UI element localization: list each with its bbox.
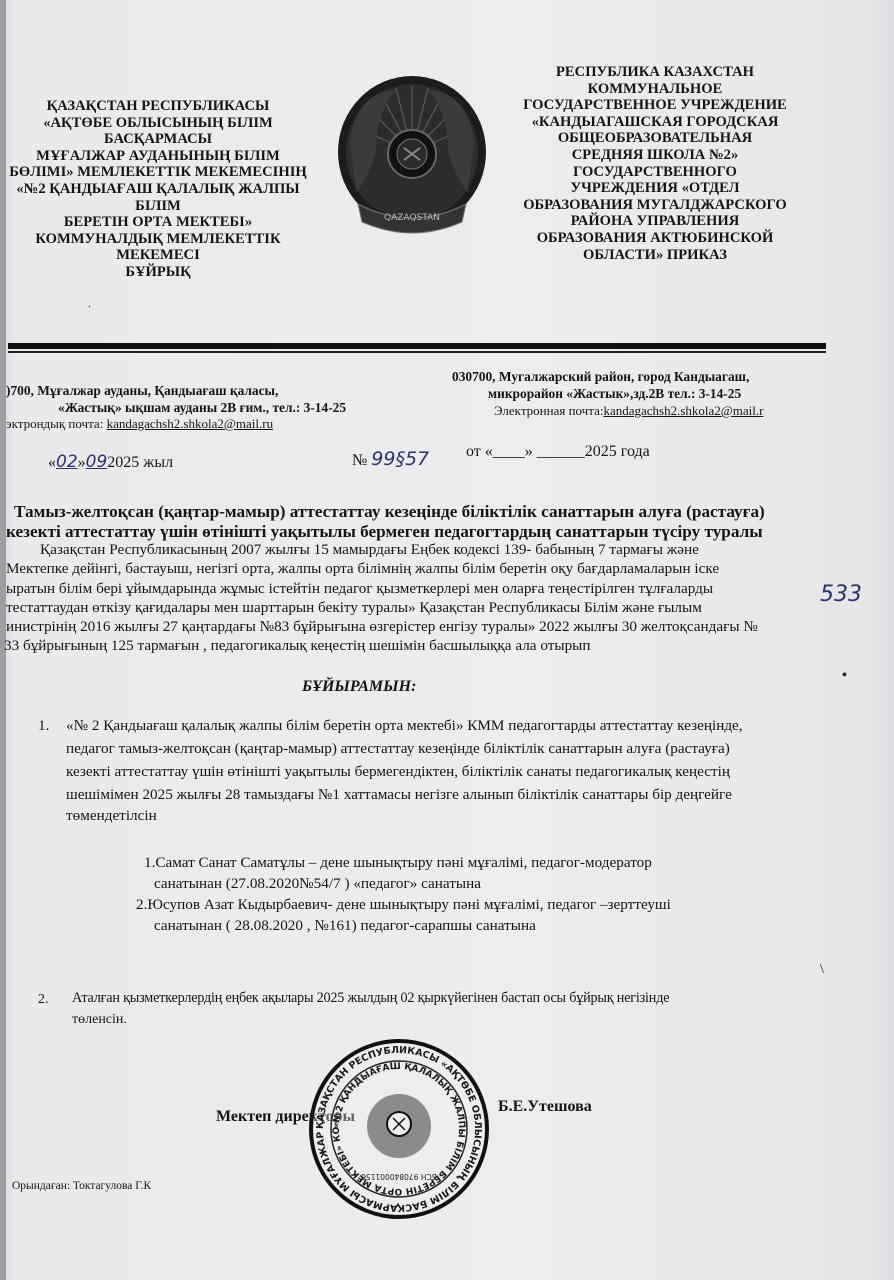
header-right-line: КОММУНАЛЬНОЕ bbox=[505, 81, 805, 98]
stray-pen-mark: \ bbox=[820, 962, 824, 978]
email-link-right[interactable]: kandagachsh2.shkola2@mail.r bbox=[603, 403, 763, 418]
header-right-russian: РЕСПУБЛИКА КАЗАХСТАНКОММУНАЛЬНОЕГОСУДАРС… bbox=[505, 64, 805, 263]
order-title-line1: Тамыз-желтоқсан (қаңтар-мамыр) аттестатт… bbox=[14, 502, 765, 522]
header-left-line: МЕКЕМЕСІ bbox=[8, 247, 308, 264]
address-left-line1: )700, Мұғалжар ауданы, Қандыағаш қаласы, bbox=[6, 383, 278, 399]
header-left-line: МҰҒАЛЖАР АУДАНЫНЫҢ БІЛІМ bbox=[8, 148, 308, 165]
preamble-line: Мектепке дейінгі, бастауыш, негізгі орта… bbox=[6, 559, 719, 579]
item-line: кезекті аттестаттау үшін өтінішті уақыты… bbox=[66, 762, 730, 782]
preamble-line: ыратын білім бері ұйымдарында жұмыс істе… bbox=[6, 579, 713, 599]
item-line: педагог тамыз-желтоқсан (қаңтар-мамыр) а… bbox=[66, 739, 730, 759]
header-left-line: «№2 ҚАНДЫАҒАШ ҚАЛАЛЫҚ ЖАЛПЫ bbox=[8, 181, 308, 198]
item-number: 2. bbox=[38, 990, 49, 1010]
address-left-line2: «Жастық» ықшам ауданы 2В ғим., тел.: 3-1… bbox=[58, 400, 346, 416]
header-left-line: БҰЙРЫҚ bbox=[8, 264, 308, 281]
header-right-line: РЕСПУБЛИКА КАЗАХСТАН bbox=[505, 64, 805, 81]
handwritten-order-number: 99§57 bbox=[371, 448, 429, 470]
address-left-email-row: эктрондық почта: kandagachsh2.shkola2@ma… bbox=[6, 416, 273, 432]
header-divider-thick bbox=[8, 343, 826, 349]
page-edge-right bbox=[864, 0, 894, 1280]
preamble-line: тестаттаудан өткізу қағидалары мен шартт… bbox=[6, 598, 702, 618]
email-label: Электронная почта: bbox=[494, 403, 603, 418]
email-label: эктрондық почта: bbox=[6, 416, 107, 431]
header-right-line: ОБЩЕОБРАЗОВАТЕЛЬНАЯ bbox=[505, 130, 805, 147]
preamble-line: Қазақстан Республикасының 2007 жылғы 15 … bbox=[40, 540, 699, 560]
header-right-line: СРЕДНЯЯ ШКОЛА №2» bbox=[505, 147, 805, 164]
order-word: БҰЙЫРАМЫН: bbox=[302, 678, 416, 696]
header-left-kazakh: ҚАЗАҚСТАН РЕСПУБЛИКАСЫ«АҚТӨБЕ ОБЛЫСЫНЫҢ … bbox=[8, 98, 308, 281]
header-right-line: ОБРАЗОВАНИЯ АКТЮБИНСКОЙ bbox=[505, 230, 805, 247]
stray-dot: • bbox=[842, 668, 847, 684]
state-emblem-icon: QAZAQSTAN bbox=[336, 72, 488, 238]
svg-text:QAZAQSTAN: QAZAQSTAN bbox=[384, 213, 440, 223]
order-date: «02»092025 жыл bbox=[48, 452, 173, 472]
header-right-line: ОБЛАСТИ» ПРИКАЗ bbox=[505, 247, 805, 264]
header-right-line: «КАНДЫАГАШСКАЯ ГОРОДСКАЯ bbox=[505, 114, 805, 131]
header-left-line: КОММУНАЛДЫҚ МЕМЛЕКЕТТІК bbox=[8, 231, 308, 248]
header-right-line: РАЙОНА УПРАВЛЕНИЯ bbox=[505, 213, 805, 230]
address-right-line1: 030700, Мугалжарский район, город Кандыа… bbox=[452, 369, 749, 385]
header-right-line: УЧРЕЖДЕНИЯ «ОТДЕЛ bbox=[505, 180, 805, 197]
svg-text:БСН 970840001156: БСН 970840001156 bbox=[361, 1172, 437, 1181]
address-right-line2: микрорайон «Жастык»,зд.2В тел.: 3-14-25 bbox=[488, 386, 741, 402]
header-left-line: БӨЛІМІ» МЕМЛЕКЕТТІК МЕКЕМЕСІНІҢ bbox=[8, 164, 308, 181]
subitem-line: санатынан ( 28.08.2020 , №161) педагог-с… bbox=[154, 916, 536, 936]
handwritten-month: 09 bbox=[86, 452, 108, 472]
header-right-line: ГОСУДАРСТВЕННОЕ УЧРЕЖДЕНИЕ bbox=[505, 97, 805, 114]
address-right-email-row: Электронная почта:kandagachsh2.shkola2@m… bbox=[494, 403, 763, 419]
stray-mark: . bbox=[88, 296, 91, 311]
email-link-left[interactable]: kandagachsh2.shkola2@mail.ru bbox=[107, 416, 274, 431]
header-left-line: «АҚТӨБЕ ОБЛЫСЫНЫҢ БІЛІМ bbox=[8, 115, 308, 132]
order-title-line2: кезекті аттестаттау үшін өтінішті уақыты… bbox=[6, 522, 763, 542]
subitem-line: санатынан (27.08.2020№54/7 ) «педагог» с… bbox=[154, 874, 481, 894]
item-line: Аталған қызметкерлердің еңбек ақылары 20… bbox=[72, 988, 669, 1008]
official-seal-icon: ҚАЗАҚСТАН РЕСПУБЛИКАСЫ «АҚТӨБЕ ОБЛЫСЫНЫҢ… bbox=[308, 1038, 490, 1220]
order-date-russian: от «____» ______2025 года bbox=[466, 443, 650, 461]
header-left-line: ҚАЗАҚСТАН РЕСПУБЛИКАСЫ bbox=[8, 98, 308, 115]
executor-note: Орындаған: Токтагулова Г.К bbox=[12, 1180, 151, 1192]
item-line: төленсін. bbox=[72, 1010, 127, 1030]
preamble-line: инистрінің 2016 жылғы 27 қаңтардағы №83 … bbox=[6, 617, 758, 637]
item-line: «№ 2 Қандыағаш қалалық жалпы білім берет… bbox=[66, 716, 743, 736]
item-line: төмендетілсін bbox=[66, 806, 157, 826]
signature-name: Б.Е.Утешова bbox=[498, 1098, 592, 1116]
item-number: 1. bbox=[38, 716, 49, 736]
header-left-line: БІЛІМ bbox=[8, 198, 308, 215]
document-page: ҚАЗАҚСТАН РЕСПУБЛИКАСЫ«АҚТӨБЕ ОБЛЫСЫНЫҢ … bbox=[0, 0, 894, 1280]
header-right-line: ГОСУДАРСТВЕННОГО bbox=[505, 164, 805, 181]
header-right-line: ОБРАЗОВАНИЯ МУГАЛДЖАРСКОГО bbox=[505, 197, 805, 214]
subitem-line: 1.Самат Санат Саматұлы – дене шынықтыру … bbox=[144, 853, 652, 873]
handwritten-day: 02 bbox=[56, 452, 78, 472]
handwritten-order-ref: 533 bbox=[820, 582, 862, 607]
preamble-line: 33 бұйрығының 125 тармағын , педагогикал… bbox=[4, 636, 591, 656]
item-line: шешімімен 2025 жылғы 28 тамыздағы №1 хат… bbox=[66, 785, 732, 805]
header-left-line: БЕРЕТІН ОРТА МЕКТЕБІ» bbox=[8, 214, 308, 231]
header-divider-thin bbox=[8, 351, 826, 353]
subitem-line: 2.Юсупов Азат Кыдырбаевич- дене шынықтыр… bbox=[136, 895, 671, 915]
order-number: №99§57 bbox=[352, 448, 429, 470]
header-left-line: БАСҚАРМАСЫ bbox=[8, 131, 308, 148]
